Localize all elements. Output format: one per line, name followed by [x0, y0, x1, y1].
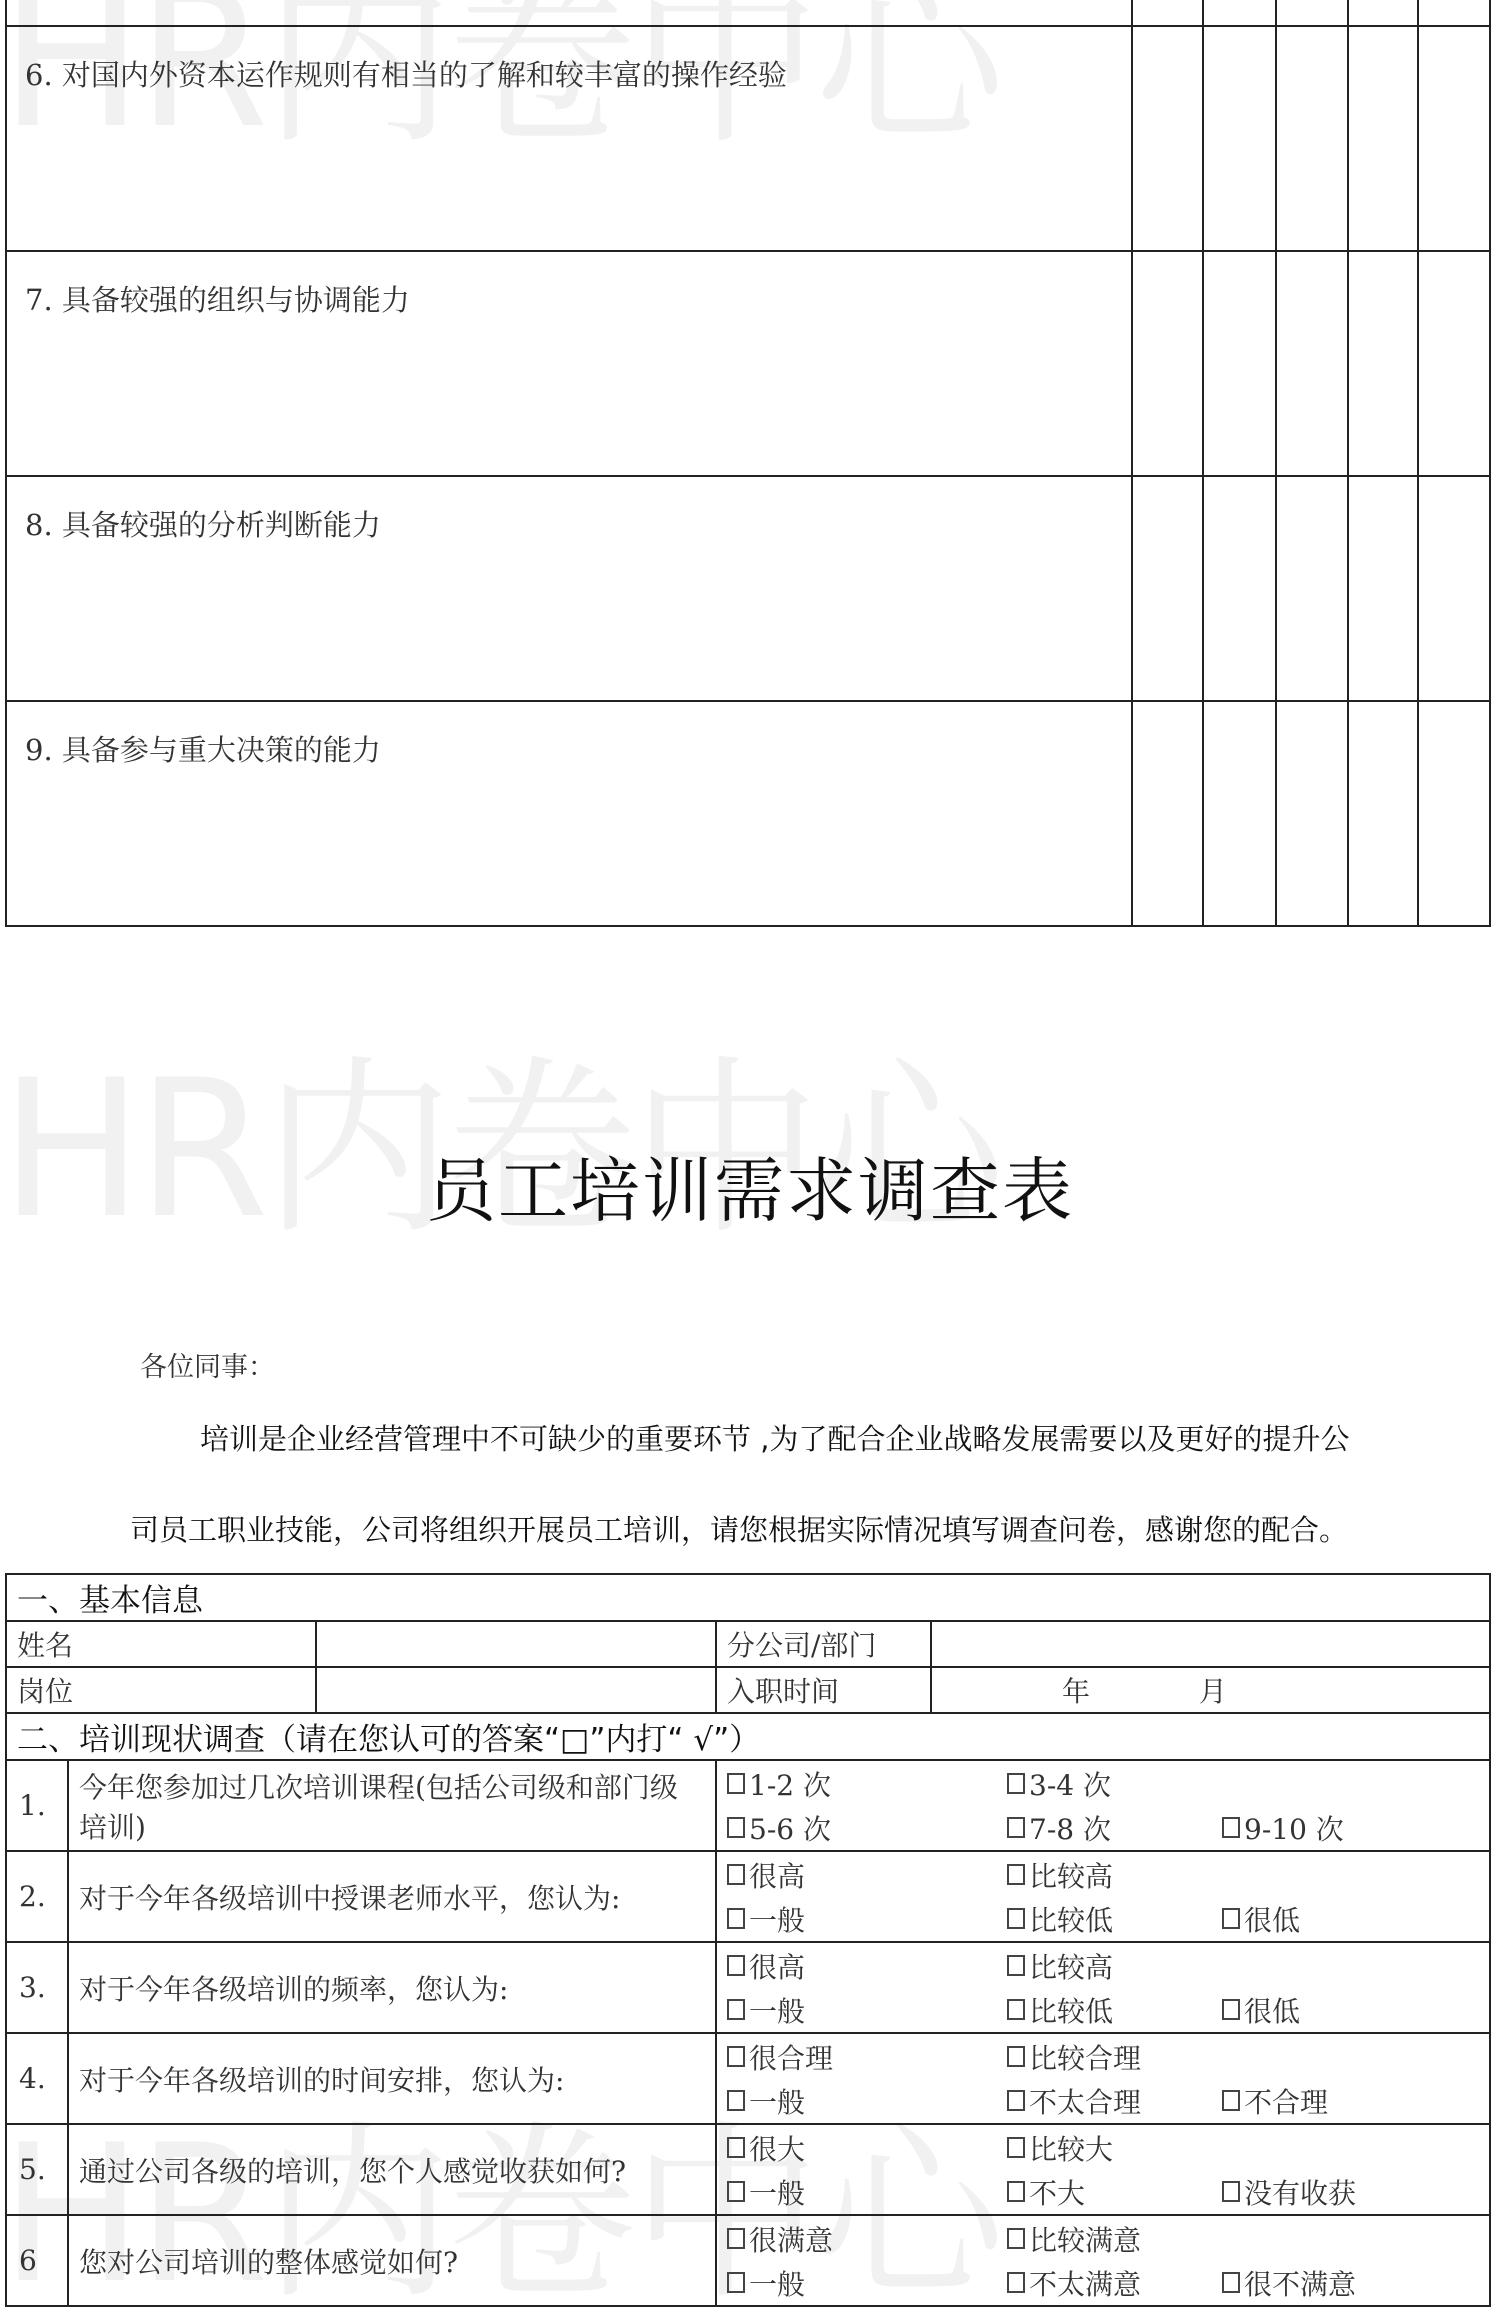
- answer-options: 很满意比较满意一般不太满意很不满意: [716, 2215, 1490, 2306]
- evaluation-item: 9. 具备参与重大决策的能力: [6, 701, 1132, 926]
- evaluation-item: 8. 具备较强的分析判断能力: [6, 476, 1132, 701]
- rating-cell[interactable]: [1276, 476, 1348, 701]
- checkbox-icon[interactable]: [727, 2272, 745, 2293]
- option-label: 很不满意: [1244, 2263, 1356, 2303]
- rating-cell[interactable]: [1203, 251, 1276, 476]
- answer-option[interactable]: 1-2 次: [727, 1764, 1007, 1804]
- answer-option[interactable]: 比较合理: [1007, 2037, 1222, 2077]
- section-training-status-heading: 二、培训现状调查（请在您认可的答案“□”内打“ √”）: [6, 1713, 1490, 1760]
- answer-option[interactable]: 很满意: [727, 2219, 1007, 2259]
- intro-paragraph-line-2: 司员工职业技能，公司将组织开展员工培训，请您根据实际情况填写调查问卷，感谢您的配…: [130, 1508, 1348, 1549]
- question-number: 6: [6, 2215, 68, 2306]
- evaluation-row: [6, 0, 1490, 26]
- evaluation-row: 8. 具备较强的分析判断能力: [6, 476, 1490, 701]
- evaluation-item: [6, 0, 1132, 26]
- rating-cell[interactable]: [1418, 701, 1490, 926]
- option-label: 没有收获: [1244, 2172, 1356, 2212]
- answer-option[interactable]: 比较大: [1007, 2128, 1222, 2168]
- answer-option[interactable]: 比较低: [1007, 1899, 1222, 1939]
- checkbox-icon[interactable]: [1222, 2090, 1240, 2111]
- checkbox-icon[interactable]: [1007, 1955, 1025, 1976]
- checkbox-icon[interactable]: [1007, 1773, 1025, 1794]
- answer-option[interactable]: 比较高: [1007, 1946, 1222, 1986]
- answer-options: 1-2 次3-4 次5-6 次7-8 次9-10 次: [716, 1760, 1490, 1851]
- question-row: 6您对公司培训的整体感觉如何?很满意比较满意一般不太满意很不满意: [6, 2215, 1490, 2306]
- answer-option[interactable]: 不合理: [1222, 2081, 1479, 2121]
- checkbox-icon[interactable]: [1007, 2181, 1025, 2202]
- rating-cell[interactable]: [1132, 251, 1203, 476]
- rating-cell[interactable]: [1348, 251, 1418, 476]
- answer-option[interactable]: 不太满意: [1007, 2263, 1222, 2303]
- checkbox-icon[interactable]: [1222, 1908, 1240, 1929]
- answer-option[interactable]: 9-10 次: [1222, 1808, 1479, 1848]
- checkbox-icon[interactable]: [1222, 1999, 1240, 2020]
- empty-slot: [1222, 1855, 1479, 1895]
- dept-field[interactable]: [931, 1621, 1490, 1667]
- option-label: 一般: [749, 2172, 805, 2212]
- rating-cell[interactable]: [1276, 701, 1348, 926]
- answer-option[interactable]: 比较满意: [1007, 2219, 1222, 2259]
- question-text: 对于今年各级培训的时间安排，您认为:: [68, 2033, 716, 2124]
- option-label: 比较低: [1029, 1899, 1113, 1939]
- evaluation-row: 9. 具备参与重大决策的能力: [6, 701, 1490, 926]
- option-label: 一般: [749, 1899, 805, 1939]
- rating-cell[interactable]: [1203, 26, 1276, 251]
- answer-option[interactable]: 没有收获: [1222, 2172, 1479, 2212]
- answer-option[interactable]: 很低: [1222, 1899, 1479, 1939]
- option-label: 比较合理: [1029, 2037, 1141, 2077]
- answer-option[interactable]: 比较高: [1007, 1855, 1222, 1895]
- answer-options: 很高比较高一般比较低很低: [716, 1851, 1490, 1942]
- hire-date-label: 入职时间: [716, 1667, 931, 1713]
- checkbox-icon[interactable]: [1222, 2272, 1240, 2293]
- option-label: 不太满意: [1029, 2263, 1141, 2303]
- checkbox-icon[interactable]: [727, 1864, 745, 1885]
- competency-evaluation-table: 6. 对国内外资本运作规则有相当的了解和较丰富的操作经验7. 具备较强的组织与协…: [5, 0, 1491, 927]
- question-number: 1.: [6, 1760, 68, 1851]
- rating-cell[interactable]: [1203, 0, 1276, 26]
- rating-cell[interactable]: [1276, 251, 1348, 476]
- option-label: 7-8 次: [1029, 1808, 1111, 1848]
- training-survey-table: 一、基本信息 姓名 分公司/部门 岗位 入职时间 年 月 二、培训现状调查（请在…: [5, 1573, 1491, 2307]
- option-label: 5-6 次: [749, 1808, 831, 1848]
- answer-option[interactable]: 5-6 次: [727, 1808, 1007, 1848]
- evaluation-row: 6. 对国内外资本运作规则有相当的了解和较丰富的操作经验: [6, 26, 1490, 251]
- empty-slot: [1222, 2219, 1479, 2259]
- question-number: 5.: [6, 2124, 68, 2215]
- rating-cell[interactable]: [1418, 26, 1490, 251]
- answer-option[interactable]: 很合理: [727, 2037, 1007, 2077]
- rating-cell[interactable]: [1132, 476, 1203, 701]
- question-text: 今年您参加过几次培训课程(包括公司级和部门级培训): [68, 1760, 716, 1851]
- checkbox-icon[interactable]: [1222, 1817, 1240, 1838]
- greeting: 各位同事：: [140, 1345, 275, 1384]
- question-text: 对于今年各级培训的频率，您认为:: [68, 1942, 716, 2033]
- answer-option[interactable]: 一般: [727, 1899, 1007, 1939]
- evaluation-item: 7. 具备较强的组织与协调能力: [6, 251, 1132, 476]
- checkbox-icon[interactable]: [727, 1955, 745, 1976]
- checkbox-icon[interactable]: [1007, 2046, 1025, 2067]
- checkbox-icon[interactable]: [727, 1908, 745, 1929]
- hire-date-field[interactable]: 年 月: [931, 1667, 1490, 1713]
- checkbox-icon[interactable]: [1007, 2272, 1025, 2293]
- answer-option[interactable]: 3-4 次: [1007, 1764, 1222, 1804]
- answer-option[interactable]: 很大: [727, 2128, 1007, 2168]
- dept-label: 分公司/部门: [716, 1621, 931, 1667]
- answer-option[interactable]: 7-8 次: [1007, 1808, 1222, 1848]
- rating-cell[interactable]: [1418, 476, 1490, 701]
- answer-option[interactable]: 很不满意: [1222, 2263, 1479, 2303]
- option-label: 比较大: [1029, 2128, 1113, 2168]
- answer-option[interactable]: 比较低: [1007, 1990, 1222, 2030]
- rating-cell[interactable]: [1348, 476, 1418, 701]
- option-label: 不太合理: [1029, 2081, 1141, 2121]
- option-label: 比较高: [1029, 1855, 1113, 1895]
- question-number: 4.: [6, 2033, 68, 2124]
- rating-cell[interactable]: [1348, 0, 1418, 26]
- rating-cell[interactable]: [1418, 0, 1490, 26]
- checkbox-icon[interactable]: [727, 1999, 745, 2020]
- option-label: 3-4 次: [1029, 1764, 1111, 1804]
- checkbox-icon[interactable]: [1007, 2137, 1025, 2158]
- option-label: 1-2 次: [749, 1764, 831, 1804]
- answer-options: 很高比较高一般比较低很低: [716, 1942, 1490, 2033]
- checkbox-icon[interactable]: [1007, 1908, 1025, 1929]
- checkbox-icon[interactable]: [1007, 2090, 1025, 2111]
- rating-cell[interactable]: [1276, 26, 1348, 251]
- page-title: 员工培训需求调查表: [0, 1135, 1500, 1236]
- answer-option[interactable]: 很高: [727, 1855, 1007, 1895]
- empty-slot: [1222, 2037, 1479, 2077]
- question-text: 您对公司培训的整体感觉如何?: [68, 2215, 716, 2306]
- question-row: 4.对于今年各级培训的时间安排，您认为:很合理比较合理一般不太合理不合理: [6, 2033, 1490, 2124]
- answer-options: 很合理比较合理一般不太合理不合理: [716, 2033, 1490, 2124]
- answer-option[interactable]: 不大: [1007, 2172, 1222, 2212]
- checkbox-icon[interactable]: [727, 2090, 745, 2111]
- option-label: 9-10 次: [1244, 1808, 1344, 1848]
- hire-year-label: 年: [1062, 1675, 1090, 1708]
- option-label: 很高: [749, 1855, 805, 1895]
- position-label: 岗位: [6, 1667, 316, 1713]
- answer-option[interactable]: 不太合理: [1007, 2081, 1222, 2121]
- answer-option[interactable]: 一般: [727, 2263, 1007, 2303]
- answer-option[interactable]: 一般: [727, 1990, 1007, 2030]
- option-label: 很满意: [749, 2219, 833, 2259]
- question-text: 通过公司各级的培训，您个人感觉收获如何?: [68, 2124, 716, 2215]
- answer-option[interactable]: 一般: [727, 2081, 1007, 2121]
- intro-paragraph-line-1: 培训是企业经营管理中不可缺少的重要环节 ,为了配合企业战略发展需要以及更好的提升…: [200, 1417, 1349, 1458]
- rating-cell[interactable]: [1132, 701, 1203, 926]
- section-basic-info-heading: 一、基本信息: [6, 1574, 1490, 1621]
- question-row: 1.今年您参加过几次培训课程(包括公司级和部门级培训)1-2 次3-4 次5-6…: [6, 1760, 1490, 1851]
- option-label: 一般: [749, 2081, 805, 2121]
- hire-month-label: 月: [1199, 1675, 1227, 1708]
- option-label: 比较低: [1029, 1990, 1113, 2030]
- evaluation-row: 7. 具备较强的组织与协调能力: [6, 251, 1490, 476]
- option-label: 很高: [749, 1946, 805, 1986]
- option-label: 很低: [1244, 1990, 1300, 2030]
- rating-cell[interactable]: [1203, 701, 1276, 926]
- question-text: 对于今年各级培训中授课老师水平，您认为:: [68, 1851, 716, 1942]
- rating-cell[interactable]: [1132, 26, 1203, 251]
- question-row: 5.通过公司各级的培训，您个人感觉收获如何?很大比较大一般不大没有收获: [6, 2124, 1490, 2215]
- answer-options: 很大比较大一般不大没有收获: [716, 2124, 1490, 2215]
- question-number: 2.: [6, 1851, 68, 1942]
- rating-cell[interactable]: [1132, 0, 1203, 26]
- checkbox-icon[interactable]: [1007, 1864, 1025, 1885]
- option-label: 不合理: [1244, 2081, 1328, 2121]
- option-label: 很低: [1244, 1899, 1300, 1939]
- option-label: 很大: [749, 2128, 805, 2168]
- option-label: 一般: [749, 2263, 805, 2303]
- rating-cell[interactable]: [1203, 476, 1276, 701]
- empty-slot: [1222, 2128, 1479, 2168]
- option-label: 不大: [1029, 2172, 1085, 2212]
- rating-cell[interactable]: [1348, 701, 1418, 926]
- empty-slot: [1222, 1946, 1479, 1986]
- checkbox-icon[interactable]: [727, 1817, 745, 1838]
- answer-option[interactable]: 一般: [727, 2172, 1007, 2212]
- question-row: 3.对于今年各级培训的频率，您认为:很高比较高一般比较低很低: [6, 1942, 1490, 2033]
- option-label: 比较高: [1029, 1946, 1113, 1986]
- answer-option[interactable]: 很低: [1222, 1990, 1479, 2030]
- name-label: 姓名: [6, 1621, 316, 1667]
- rating-cell[interactable]: [1276, 0, 1348, 26]
- rating-cell[interactable]: [1348, 26, 1418, 251]
- evaluation-item: 6. 对国内外资本运作规则有相当的了解和较丰富的操作经验: [6, 26, 1132, 251]
- checkbox-icon[interactable]: [727, 1773, 745, 1794]
- empty-slot: [1222, 1764, 1479, 1804]
- checkbox-icon[interactable]: [727, 2228, 745, 2249]
- checkbox-icon[interactable]: [1007, 2228, 1025, 2249]
- checkbox-icon[interactable]: [727, 2181, 745, 2202]
- checkbox-icon[interactable]: [727, 2046, 745, 2067]
- position-field[interactable]: [316, 1667, 716, 1713]
- option-label: 很合理: [749, 2037, 833, 2077]
- checkbox-icon[interactable]: [1007, 1817, 1025, 1838]
- question-row: 2.对于今年各级培训中授课老师水平，您认为:很高比较高一般比较低很低: [6, 1851, 1490, 1942]
- option-label: 比较满意: [1029, 2219, 1141, 2259]
- option-label: 一般: [749, 1990, 805, 2030]
- rating-cell[interactable]: [1418, 251, 1490, 476]
- checkbox-icon[interactable]: [727, 2137, 745, 2158]
- checkbox-icon[interactable]: [1007, 1999, 1025, 2020]
- question-number: 3.: [6, 1942, 68, 2033]
- answer-option[interactable]: 很高: [727, 1946, 1007, 1986]
- name-field[interactable]: [316, 1621, 716, 1667]
- checkbox-icon[interactable]: [1222, 2181, 1240, 2202]
